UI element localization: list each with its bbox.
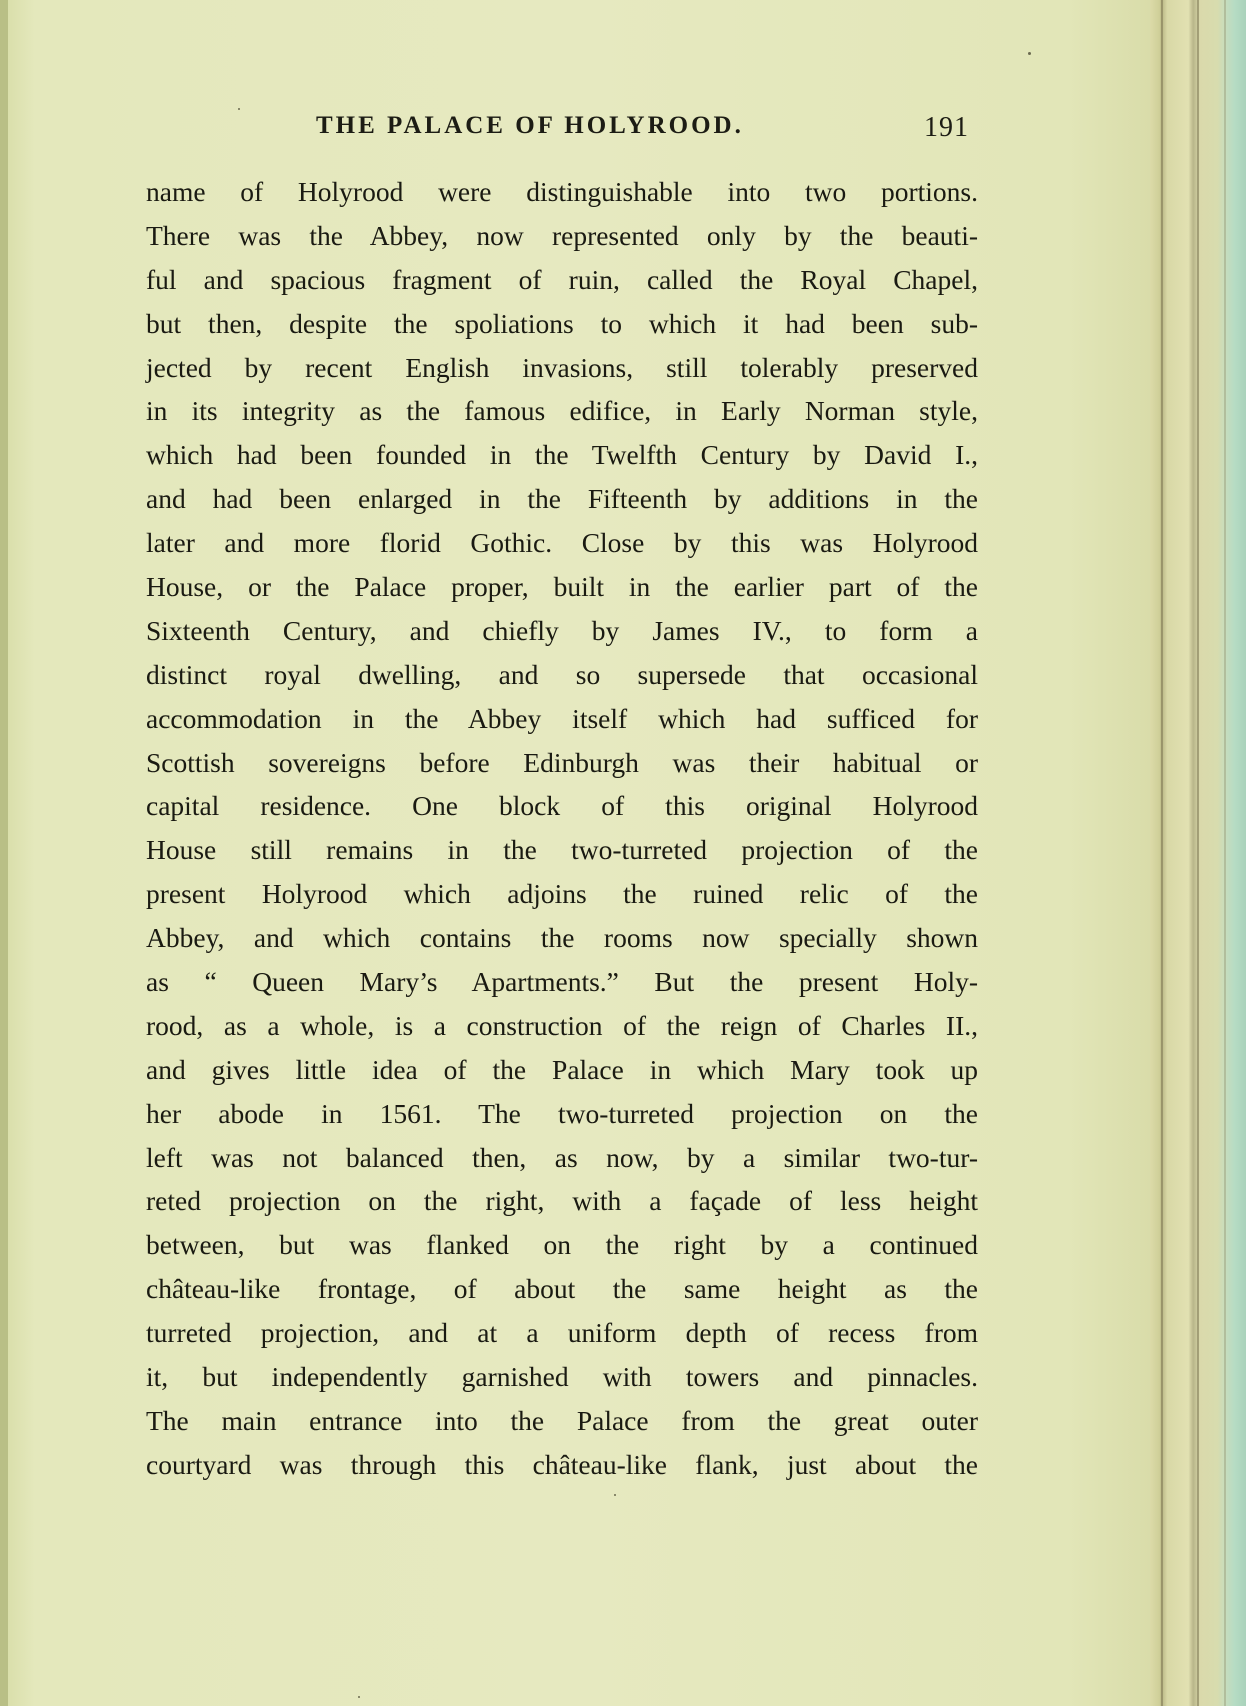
text-line: The main entrance into the Palace from t… <box>146 1399 978 1443</box>
text-line: it, but independently garnished with tow… <box>146 1355 978 1399</box>
text-line: House still remains in the two-turreted … <box>146 828 978 872</box>
text-line: and gives little idea of the Palace in w… <box>146 1048 978 1092</box>
text-line: and had been enlarged in the Fifteenth b… <box>146 477 978 521</box>
text-line: capital residence. One block of this ori… <box>146 784 978 828</box>
text-line: between, but was flanked on the right by… <box>146 1223 978 1267</box>
running-head: THE PALACE OF HOLYROOD. <box>316 112 744 140</box>
book-page: THE PALACE OF HOLYROOD. 191 name of Holy… <box>0 0 1160 1706</box>
edge-line <box>1197 0 1199 1706</box>
text-line: later and more florid Gothic. Close by t… <box>146 521 978 565</box>
text-line: which had been founded in the Twelfth Ce… <box>146 433 978 477</box>
text-line: in its integrity as the famous edifice, … <box>146 389 978 433</box>
text-line: distinct royal dwelling, and so supersed… <box>146 653 978 697</box>
text-line: left was not balanced then, as now, by a… <box>146 1136 978 1180</box>
page-gutter <box>0 0 8 1706</box>
text-line: Abbey, and which contains the rooms now … <box>146 916 978 960</box>
edge-line <box>1224 0 1226 1706</box>
page-number: 191 <box>924 112 969 144</box>
text-line: present Holyrood which adjoins the ruine… <box>146 872 978 916</box>
scan-speck <box>358 1696 360 1698</box>
text-line: Sixteenth Century, and chiefly by James … <box>146 609 978 653</box>
text-line: accommodation in the Abbey itself which … <box>146 697 978 741</box>
text-line: ful and spacious fragment of ruin, calle… <box>146 258 978 302</box>
text-line: reted projection on the right, with a fa… <box>146 1179 978 1223</box>
page-edges <box>1150 0 1246 1706</box>
scan-speck <box>1028 52 1031 55</box>
text-line: rood, as a whole, is a construction of t… <box>146 1004 978 1048</box>
body-text: name of Holyrood were distinguishable in… <box>146 170 978 1487</box>
scan-speck <box>614 1494 616 1496</box>
text-line: turreted projection, and at a uniform de… <box>146 1311 978 1355</box>
text-line: There was the Abbey, now represented onl… <box>146 214 978 258</box>
text-line: Scottish sovereigns before Edinburgh was… <box>146 741 978 785</box>
text-line: but then, despite the spoliations to whi… <box>146 302 978 346</box>
text-line: courtyard was through this château-like … <box>146 1443 978 1487</box>
text-line: name of Holyrood were distinguishable in… <box>146 170 978 214</box>
text-line: as “ Queen Mary’s Apartments.” But the p… <box>146 960 978 1004</box>
edge-line <box>1161 0 1163 1706</box>
text-line: her abode in 1561. The two-turreted proj… <box>146 1092 978 1136</box>
scan-speck <box>238 108 240 110</box>
text-line: jected by recent English invasions, stil… <box>146 346 978 390</box>
text-line: House, or the Palace proper, built in th… <box>146 565 978 609</box>
text-line: château-like frontage, of about the same… <box>146 1267 978 1311</box>
